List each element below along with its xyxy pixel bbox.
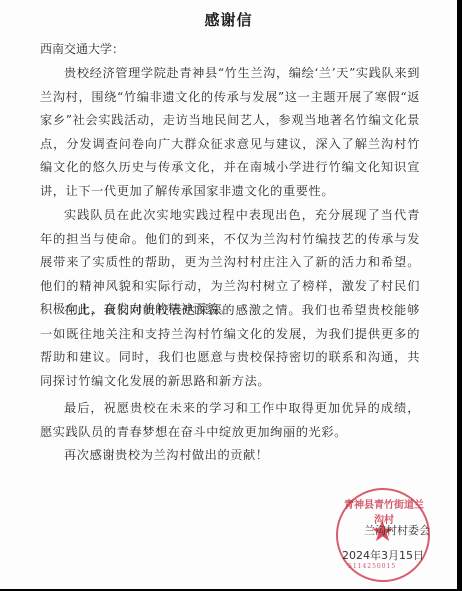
paragraph-1: 贵校经济管理学院赴青神县“竹生兰沟，编绘‘兰’天”实践队来到兰沟村，围绕“竹编非…	[40, 62, 420, 204]
paragraph-3: 在此，我们对贵校表达深深的感激之情。我们也希望贵校能够一如既往地关注和支持兰沟村…	[40, 299, 420, 393]
letter-title: 感谢信	[0, 9, 457, 30]
letter-page: 感谢信 西南交通大学： 贵校经济管理学院赴青神县“竹生兰沟，编绘‘兰’天”实践队…	[0, 0, 457, 589]
paragraph-5: 再次感谢贵校为兰沟村做出的贡献！	[40, 444, 420, 468]
paragraph-4: 最后，祝愿贵校在未来的学习和工作中取得更加优异的成绩，愿实践队员的青春梦想在奋斗…	[40, 397, 420, 444]
signature-date: 2024年3月15日	[342, 547, 424, 563]
signer-name: 兰沟村村委会	[364, 522, 430, 538]
seal-code: 5114250015	[348, 563, 396, 570]
salutation: 西南交通大学：	[40, 40, 124, 57]
